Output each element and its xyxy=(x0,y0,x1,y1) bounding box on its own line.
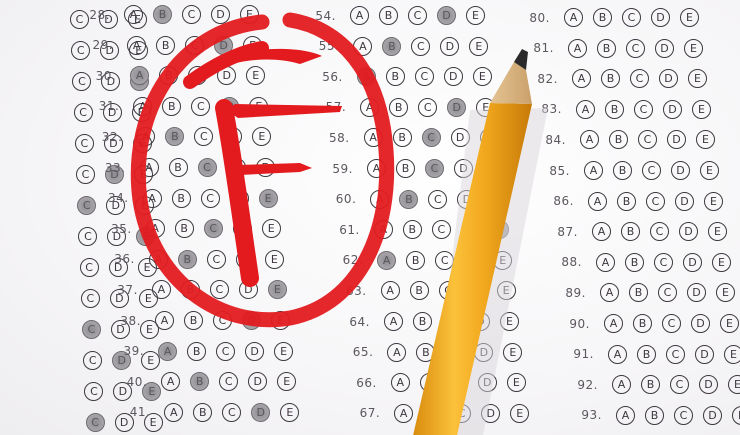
answer-row: 54.ABCDE xyxy=(296,6,495,25)
answer-bubble-c[interactable]: C xyxy=(642,161,661,180)
answer-row: 57.ABCDE xyxy=(306,98,505,117)
answer-bubble-b[interactable]: B xyxy=(406,251,425,270)
answer-bubble-a[interactable]: A xyxy=(377,251,396,270)
answer-row: 92.ABCDE xyxy=(558,375,740,394)
answer-bubble-c[interactable]: C xyxy=(626,39,645,58)
answer-bubble-a[interactable]: A xyxy=(580,130,599,149)
answer-bubble-c[interactable]: C xyxy=(418,98,437,117)
answer-bubble-e[interactable]: E xyxy=(720,314,739,333)
answer-bubble-e[interactable]: E xyxy=(243,36,262,55)
answer-bubble-d[interactable]: D xyxy=(444,67,463,86)
answer-bubble-b[interactable]: B xyxy=(399,190,418,209)
answer-row: 89.ABCDE xyxy=(546,283,740,302)
answer-bubble-e[interactable]: E xyxy=(684,39,703,58)
answer-bubble-a[interactable]: A xyxy=(370,190,389,209)
answer-bubble-b[interactable]: B xyxy=(165,127,184,146)
answer-bubble-d[interactable]: D xyxy=(468,281,487,300)
answer-row: 31.ABCDE xyxy=(79,97,278,116)
answer-bubble-d[interactable]: D xyxy=(695,345,714,364)
answer-row: 28.ABCDE xyxy=(70,5,269,24)
answer-bubble-e[interactable]: E xyxy=(483,159,502,178)
question-number: 66. xyxy=(337,376,377,390)
answer-bubble-c[interactable]: C xyxy=(646,192,665,211)
answer-bubble-a[interactable]: A xyxy=(360,98,379,117)
answer-bubble-c[interactable]: C xyxy=(435,251,454,270)
answer-bubble-d[interactable]: D xyxy=(236,250,255,269)
question-number: 84. xyxy=(526,133,566,147)
answer-row: 39.ABCDE xyxy=(104,342,303,361)
answer-bubble-e[interactable]: E xyxy=(716,283,735,302)
answer-bubble-c[interactable]: C xyxy=(432,220,451,239)
question-number: 61. xyxy=(320,223,360,237)
question-number: 81. xyxy=(514,41,554,55)
answer-bubble-e[interactable]: E xyxy=(277,372,296,391)
question-number: 38. xyxy=(101,314,141,328)
answer-bubble-e[interactable]: E xyxy=(469,37,488,56)
question-number: 40. xyxy=(107,375,147,389)
answer-bubble-d[interactable]: D xyxy=(667,130,686,149)
question-number: 41. xyxy=(110,405,150,419)
answer-bubble-b[interactable]: B xyxy=(178,250,197,269)
answer-row: 64.ABCDE xyxy=(330,312,529,331)
answer-bubble-c[interactable]: C xyxy=(428,190,447,209)
answer-bubble-a[interactable]: A xyxy=(596,253,615,272)
answer-row: 67.ABCDE xyxy=(340,404,539,423)
answer-bubble-a[interactable]: A xyxy=(146,219,165,238)
answer-row: 80.ABCDE xyxy=(510,8,709,27)
answer-bubble-b[interactable]: B xyxy=(410,281,429,300)
question-number: 89. xyxy=(546,286,586,300)
answer-bubble-d[interactable]: D xyxy=(454,159,473,178)
question-number: 87. xyxy=(538,225,578,239)
question-number: 58. xyxy=(310,131,350,145)
answer-bubble-e[interactable]: E xyxy=(271,311,290,330)
answer-bubble-e[interactable]: E xyxy=(256,158,275,177)
answer-bubble-a[interactable]: A xyxy=(568,39,587,58)
answer-bubble-b[interactable]: B xyxy=(593,8,612,27)
answer-bubble-c[interactable]: C xyxy=(670,375,689,394)
answer-bubble-a[interactable]: A xyxy=(394,404,413,423)
question-number: 64. xyxy=(330,315,370,329)
answer-bubble-c[interactable]: C xyxy=(654,253,673,272)
answer-bubble-a[interactable]: A xyxy=(612,375,631,394)
answer-bubble-b[interactable]: B xyxy=(403,220,422,239)
answer-row: 62.ABCDE xyxy=(323,251,522,270)
question-number: 54. xyxy=(296,9,336,23)
answer-bubble-e[interactable]: E xyxy=(700,161,719,180)
answer-bubble-a[interactable]: A xyxy=(367,159,386,178)
answer-row: 38.ABCDE xyxy=(101,311,300,330)
answer-bubble-d[interactable]: D xyxy=(217,66,236,85)
answer-bubble-e[interactable]: E xyxy=(500,312,519,331)
answer-bubble-a[interactable]: A xyxy=(391,373,410,392)
answer-bubble-a[interactable]: A xyxy=(357,67,376,86)
answer-bubble-d[interactable]: D xyxy=(663,100,682,119)
answer-row: 87.ABCDE xyxy=(538,222,737,241)
answer-row: 29.ABCDE xyxy=(73,36,272,55)
answer-bubble-e[interactable]: E xyxy=(265,250,284,269)
answer-bubble-b[interactable]: B xyxy=(389,98,408,117)
answer-row: 82.ABCDE xyxy=(518,69,717,88)
answer-bubble-b[interactable]: B xyxy=(629,283,648,302)
answer-sheet-photo: ABCDEABCDEABCDEABCDEABCDEABCDEABCDEABCDE… xyxy=(0,0,740,435)
answer-bubble-c[interactable]: C xyxy=(449,373,468,392)
answer-row: 41.ABCDE xyxy=(110,403,309,422)
answer-bubble-c[interactable]: C xyxy=(658,283,677,302)
answer-bubble-d[interactable]: D xyxy=(691,314,710,333)
question-number: 93. xyxy=(562,408,602,422)
answer-bubble-e[interactable]: E xyxy=(497,281,516,300)
answer-bubble-e[interactable]: E xyxy=(688,69,707,88)
question-number: 91. xyxy=(554,347,594,361)
answer-bubble-e[interactable]: E xyxy=(268,280,287,299)
question-number: 88. xyxy=(542,255,582,269)
question-number: 67. xyxy=(340,406,380,420)
answer-bubble-c[interactable]: C xyxy=(411,37,430,56)
answer-bubble-e[interactable]: E xyxy=(486,190,505,209)
answer-bubble-e[interactable]: E xyxy=(712,253,731,272)
answer-bubble-b[interactable]: B xyxy=(190,372,209,391)
answer-bubble-c[interactable]: C xyxy=(182,5,201,24)
question-number: 90. xyxy=(550,317,590,331)
answer-bubble-d[interactable]: D xyxy=(223,127,242,146)
answer-bubble-d[interactable]: D xyxy=(230,189,249,208)
answer-bubble-d[interactable]: D xyxy=(242,311,261,330)
answer-bubble-c[interactable]: C xyxy=(630,69,649,88)
answer-bubble-b[interactable]: B xyxy=(393,128,412,147)
question-number: 57. xyxy=(306,100,346,114)
question-number: 34. xyxy=(89,191,129,205)
answer-bubble-c[interactable]: C xyxy=(425,159,444,178)
answer-bubble-c[interactable]: C xyxy=(415,67,434,86)
answer-bubble-e[interactable]: E xyxy=(274,342,293,361)
answer-bubble-a[interactable]: A xyxy=(608,345,627,364)
answer-bubble-a[interactable]: A xyxy=(572,69,591,88)
answer-bubble-e[interactable]: E xyxy=(246,66,265,85)
answer-bubble-a[interactable]: A xyxy=(143,189,162,208)
answer-bubble-a[interactable]: A xyxy=(381,281,400,300)
answer-bubble-a[interactable]: A xyxy=(140,158,159,177)
answer-bubble-e[interactable]: E xyxy=(249,97,268,116)
answer-bubble-a[interactable]: A xyxy=(136,127,155,146)
answer-bubble-b[interactable]: B xyxy=(645,406,664,425)
answer-bubble-a[interactable]: A xyxy=(604,314,623,333)
answer-bubble-e[interactable]: E xyxy=(692,100,711,119)
answer-bubble-b[interactable]: B xyxy=(184,311,203,330)
answer-bubble-c[interactable]: C xyxy=(222,403,241,422)
answer-bubble-a[interactable]: A xyxy=(387,343,406,362)
answer-bubble-a[interactable]: A xyxy=(149,250,168,269)
answer-bubble-a[interactable]: A xyxy=(588,192,607,211)
answer-bubble-b[interactable]: B xyxy=(416,343,435,362)
answer-bubble-b[interactable]: B xyxy=(181,280,200,299)
answer-row: 93.ABCDE xyxy=(562,406,740,425)
answer-bubble-d[interactable]: D xyxy=(659,69,678,88)
answer-bubble-d[interactable]: D xyxy=(233,219,252,238)
question-number: 33. xyxy=(86,161,126,175)
answer-bubble-b[interactable]: B xyxy=(187,342,206,361)
answer-row: 40.ABCDE xyxy=(107,372,306,391)
answer-bubble-d[interactable]: D xyxy=(478,373,497,392)
answer-bubble-d[interactable]: D xyxy=(675,192,694,211)
answer-bubble-b[interactable]: B xyxy=(625,253,644,272)
answer-row: 86.ABCDE xyxy=(534,192,733,211)
answer-bubble-e[interactable]: E xyxy=(240,5,259,24)
answer-bubble-a[interactable]: A xyxy=(564,8,583,27)
answer-bubble-b[interactable]: B xyxy=(637,345,656,364)
answer-bubble-a[interactable]: A xyxy=(127,36,146,55)
answer-bubble-e[interactable]: E xyxy=(466,6,485,25)
answer-bubble-a[interactable]: A xyxy=(592,222,611,241)
answer-bubble-a[interactable]: A xyxy=(384,312,403,331)
question-number: 86. xyxy=(534,194,574,208)
answer-bubble-a[interactable]: A xyxy=(600,283,619,302)
answer-bubble-e[interactable]: E xyxy=(680,8,699,27)
question-number: 59. xyxy=(313,162,353,176)
answer-bubble-e[interactable]: E xyxy=(480,128,499,147)
question-number: 60. xyxy=(316,192,356,206)
answer-bubble-e[interactable]: E xyxy=(259,189,278,208)
question-number: 32. xyxy=(82,130,122,144)
question-number: 92. xyxy=(558,378,598,392)
answer-bubble-e[interactable]: E xyxy=(280,403,299,422)
answer-bubble-d[interactable]: D xyxy=(461,220,480,239)
answer-bubble-b[interactable]: B xyxy=(172,189,191,208)
answer-row: 60.ABCDE xyxy=(316,190,515,209)
answer-row: 35.ABCDE xyxy=(92,219,291,238)
answer-row: 36.ABCDE xyxy=(95,250,294,269)
answer-bubble-d[interactable]: D xyxy=(474,343,493,362)
answer-bubble-b[interactable]: B xyxy=(633,314,652,333)
answer-row: 90.ABCDE xyxy=(550,314,740,333)
answer-bubble-d[interactable]: D xyxy=(699,375,718,394)
question-number: 55. xyxy=(299,39,339,53)
answer-bubble-e[interactable]: E xyxy=(262,219,281,238)
answer-bubble-c[interactable]: C xyxy=(86,413,105,432)
answer-bubble-a[interactable]: A xyxy=(164,403,183,422)
answer-row: 33.ABCDE xyxy=(86,158,285,177)
answer-bubble-c[interactable]: C xyxy=(210,280,229,299)
answer-bubble-e[interactable]: E xyxy=(704,192,723,211)
answer-bubble-a[interactable]: A xyxy=(130,66,149,85)
question-number: 83. xyxy=(522,102,562,116)
answer-bubble-a[interactable]: A xyxy=(584,161,603,180)
answer-bubble-a[interactable]: A xyxy=(350,6,369,25)
answer-bubble-d[interactable]: D xyxy=(471,312,490,331)
answer-bubble-c[interactable]: C xyxy=(452,404,471,423)
answer-bubble-c[interactable]: C xyxy=(204,219,223,238)
answer-bubble-b[interactable]: B xyxy=(175,219,194,238)
answer-bubble-b[interactable]: B xyxy=(382,37,401,56)
answer-bubble-c[interactable]: C xyxy=(662,314,681,333)
answer-bubble-c[interactable]: C xyxy=(84,382,103,401)
question-number: 36. xyxy=(95,252,135,266)
answer-bubble-a[interactable]: A xyxy=(158,342,177,361)
answer-bubble-e[interactable]: E xyxy=(732,406,740,425)
answer-bubble-c[interactable]: C xyxy=(439,281,458,300)
question-number: 31. xyxy=(79,99,119,113)
question-number: 35. xyxy=(92,222,132,236)
answer-bubble-b[interactable]: B xyxy=(379,6,398,25)
question-number: 62. xyxy=(323,253,363,267)
answer-bubble-b[interactable]: B xyxy=(159,66,178,85)
answer-bubble-c[interactable]: C xyxy=(650,222,669,241)
answer-bubble-e[interactable]: E xyxy=(708,222,727,241)
answer-bubble-c[interactable]: C xyxy=(198,158,217,177)
answer-bubble-b[interactable]: B xyxy=(386,67,405,86)
answer-bubble-b[interactable]: B xyxy=(609,130,628,149)
answer-bubble-c[interactable]: C xyxy=(219,372,238,391)
answer-bubble-c[interactable]: C xyxy=(442,312,461,331)
answer-bubble-c[interactable]: C xyxy=(445,343,464,362)
question-number: 37. xyxy=(98,283,138,297)
answer-bubble-d[interactable]: D xyxy=(457,190,476,209)
answer-bubble-e[interactable]: E xyxy=(507,373,526,392)
question-number: 65. xyxy=(333,345,373,359)
answer-bubble-b[interactable]: B xyxy=(193,403,212,422)
answer-bubble-e[interactable]: E xyxy=(490,220,509,239)
answer-bubble-c[interactable]: C xyxy=(638,130,657,149)
answer-bubble-a[interactable]: A xyxy=(616,406,635,425)
answer-row: 91.ABCDE xyxy=(554,345,740,364)
answer-bubble-d[interactable]: D xyxy=(440,37,459,56)
answer-bubble-c[interactable]: C xyxy=(201,189,220,208)
answer-bubble-e[interactable]: E xyxy=(696,130,715,149)
answer-row: 88.ABCDE xyxy=(542,253,740,272)
answer-row: 81.ABCDE xyxy=(514,39,713,58)
answer-bubble-a[interactable]: A xyxy=(353,37,372,56)
answer-bubble-c[interactable]: C xyxy=(191,97,210,116)
answer-bubble-e[interactable]: E xyxy=(510,404,529,423)
answer-bubble-b[interactable]: B xyxy=(156,36,175,55)
answer-bubble-c[interactable]: C xyxy=(666,345,685,364)
answer-bubble-d[interactable]: D xyxy=(679,222,698,241)
answer-row: 58.ABCDE xyxy=(310,128,509,147)
answer-bubble-d[interactable]: D xyxy=(211,5,230,24)
answer-bubble-d[interactable]: D xyxy=(227,158,246,177)
answer-bubble-b[interactable]: B xyxy=(597,39,616,58)
answer-bubble-d[interactable]: D xyxy=(239,280,258,299)
question-number: 56. xyxy=(303,70,343,84)
answer-bubble-b[interactable]: B xyxy=(396,159,415,178)
answer-row: 83.ABCDE xyxy=(522,100,721,119)
answer-bubble-c[interactable]: C xyxy=(674,406,693,425)
answer-bubble-b[interactable]: B xyxy=(605,100,624,119)
answer-bubble-d[interactable]: D xyxy=(447,98,466,117)
answer-bubble-e[interactable]: E xyxy=(473,67,492,86)
answer-bubble-d[interactable]: D xyxy=(251,403,270,422)
answer-bubble-e[interactable]: E xyxy=(503,343,522,362)
answer-bubble-b[interactable]: B xyxy=(621,222,640,241)
answer-bubble-d[interactable]: D xyxy=(451,128,470,147)
answer-bubble-b[interactable]: B xyxy=(601,69,620,88)
answer-row: 55.ABCDE xyxy=(299,37,498,56)
answer-row: 85.ABCDE xyxy=(530,161,729,180)
answer-bubble-c[interactable]: C xyxy=(408,6,427,25)
answer-bubble-b[interactable]: B xyxy=(162,97,181,116)
question-number: 39. xyxy=(104,344,144,358)
answer-row: 34.ABCDE xyxy=(89,189,288,208)
question-number: 82. xyxy=(518,72,558,86)
question-number: 85. xyxy=(530,164,570,178)
answer-bubble-d[interactable]: D xyxy=(671,161,690,180)
answer-bubble-c[interactable]: C xyxy=(82,320,101,339)
answer-bubble-a[interactable]: A xyxy=(364,128,383,147)
answer-bubble-b[interactable]: B xyxy=(169,158,188,177)
answer-row: 65.ABCDE xyxy=(333,343,532,362)
answer-bubble-e[interactable]: E xyxy=(724,345,740,364)
answer-bubble-d[interactable]: D xyxy=(437,6,456,25)
answer-bubble-c[interactable]: C xyxy=(194,127,213,146)
answer-bubble-d[interactable]: D xyxy=(220,97,239,116)
answer-bubble-c[interactable]: C xyxy=(185,36,204,55)
answer-bubble-d[interactable]: D xyxy=(703,406,722,425)
answer-bubble-c[interactable]: C xyxy=(213,311,232,330)
answer-bubble-a[interactable]: A xyxy=(374,220,393,239)
answer-row: 56.ABCDE xyxy=(303,67,502,86)
answer-bubble-c[interactable]: C xyxy=(188,66,207,85)
question-number: 80. xyxy=(510,11,550,25)
answer-bubble-a[interactable]: A xyxy=(152,280,171,299)
answer-bubble-c[interactable]: C xyxy=(216,342,235,361)
answer-bubble-b[interactable]: B xyxy=(420,373,439,392)
answer-bubble-c[interactable]: C xyxy=(622,8,641,27)
answer-row: 84.ABCDE xyxy=(526,130,725,149)
answer-bubble-d[interactable]: D xyxy=(481,404,500,423)
answer-row: 32.ABCDE xyxy=(82,127,281,146)
answer-row: 30.ABCDE xyxy=(76,66,275,85)
question-number: 30. xyxy=(76,69,116,83)
answer-bubble-a[interactable]: A xyxy=(161,372,180,391)
answer-bubble-b[interactable]: B xyxy=(153,5,172,24)
answer-bubble-d[interactable]: D xyxy=(687,283,706,302)
answer-bubble-b[interactable]: B xyxy=(423,404,442,423)
answer-bubble-b[interactable]: B xyxy=(617,192,636,211)
answer-bubble-d[interactable]: D xyxy=(655,39,674,58)
answer-bubble-b[interactable]: B xyxy=(613,161,632,180)
answer-bubble-b[interactable]: B xyxy=(413,312,432,331)
question-number: 63. xyxy=(327,284,367,298)
answer-row: 37.ABCDE xyxy=(98,280,297,299)
answer-bubble-d[interactable]: D xyxy=(464,251,483,270)
answer-bubble-a[interactable]: A xyxy=(576,100,595,119)
answer-bubble-c[interactable]: C xyxy=(422,128,441,147)
answer-bubble-a[interactable]: A xyxy=(155,311,174,330)
answer-bubble-e[interactable]: E xyxy=(493,251,512,270)
answer-bubble-d[interactable]: D xyxy=(651,8,670,27)
answer-row: 63.ABCDE xyxy=(327,281,526,300)
question-number: 28. xyxy=(70,8,110,22)
answer-bubble-c[interactable]: C xyxy=(634,100,653,119)
answer-bubble-d[interactable]: D xyxy=(245,342,264,361)
answer-row: 66.ABCDE xyxy=(337,373,536,392)
answer-bubble-e[interactable]: E xyxy=(252,127,271,146)
answer-bubble-b[interactable]: B xyxy=(641,375,660,394)
answer-bubble-c[interactable]: C xyxy=(83,351,102,370)
question-number: 29. xyxy=(73,38,113,52)
answer-bubble-c[interactable]: C xyxy=(207,250,226,269)
answer-bubble-d[interactable]: D xyxy=(214,36,233,55)
answer-bubble-d[interactable]: D xyxy=(248,372,267,391)
answer-bubble-d[interactable]: D xyxy=(683,253,702,272)
answer-row: 59.ABCDE xyxy=(313,159,512,178)
answer-bubble-a[interactable]: A xyxy=(124,5,143,24)
answer-bubble-a[interactable]: A xyxy=(133,97,152,116)
answer-bubble-e[interactable]: E xyxy=(476,98,495,117)
answer-bubble-e[interactable]: E xyxy=(728,375,740,394)
answer-row: 61.ABCDE xyxy=(320,220,519,239)
